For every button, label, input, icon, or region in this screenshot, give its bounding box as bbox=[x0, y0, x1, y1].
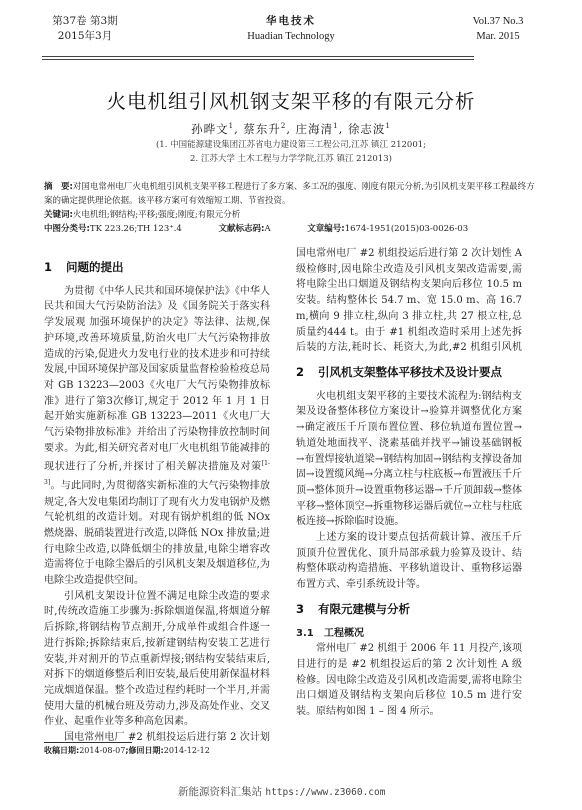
paragraph: 为贯彻《中华人民共和国环境保护法》《中华人民共和国大气污染防治法》及《国务院关于… bbox=[44, 284, 270, 589]
section-title: 有限元建模与分析 bbox=[318, 602, 410, 616]
paragraph-text: 。与此同时,为贯彻落实新标准的大气污染物排放规定,各大发电集团均制订了现有火力发… bbox=[44, 481, 270, 586]
section-3-heading: 3有限元建模与分析 bbox=[296, 602, 522, 618]
subsection-title: 工程概况 bbox=[324, 628, 364, 639]
right-column: 国电常州电厂 #2 机组投运后进行第 2 次计划性 A 级检修时,因电除尘改造及… bbox=[296, 246, 522, 720]
article-number-label: 文章编号: bbox=[307, 224, 344, 234]
paragraph: 火电机组支架平移的主要技术流程为:钢结构支架及设备整体移位方案设计→验算并调整优… bbox=[296, 389, 522, 530]
left-column: 1问题的提出 为贯彻《中华人民共和国环境保护法》《中华人民共和国大气污染防治法》… bbox=[44, 251, 270, 746]
revised-label: ;修回日期: bbox=[125, 746, 163, 755]
abstract-label: 摘 要: bbox=[44, 182, 73, 192]
doc-code-label: 文献标志码: bbox=[219, 224, 265, 234]
volume-issue-label: 第37卷 第3期 bbox=[50, 14, 120, 29]
article-title: 火电机组引风机钢支架平移的有限元分析 bbox=[0, 86, 582, 114]
section-number: 2 bbox=[296, 365, 318, 381]
affiliation-2: 2. 江苏大学 土木工程与力学学院,江苏 镇江 212013) bbox=[0, 152, 582, 166]
paragraph: 常州电厂 #2 机组于 2006 年 11 月投产,该项目进行的是 #2 机组投… bbox=[296, 641, 522, 720]
author-name: 蔡东升 bbox=[243, 122, 281, 136]
keywords-label: 关键词: bbox=[44, 210, 73, 220]
revised-date: 2014-12-12 bbox=[164, 746, 210, 755]
section-1-heading: 1问题的提出 bbox=[44, 260, 270, 276]
author-name: 徐志波 bbox=[348, 122, 386, 136]
journal-name: 华电技术 Huadian Technology bbox=[200, 14, 382, 44]
author-affiliation-marker: 1 bbox=[333, 122, 338, 130]
author-list: 孙晔文1, 蔡东升2, 庄海清1, 徐志波1 bbox=[0, 121, 582, 137]
abstract-block: 摘 要:对国电常州电厂火电机组引风机支架平移工程进行了多方案、多工况的强度、刚度… bbox=[44, 180, 542, 236]
article-number-value: 1674-1951(2015)03-0026-03 bbox=[345, 224, 468, 234]
issue-date-cn: 2015年3月 bbox=[50, 29, 120, 44]
paragraph-continued: 国电常州电厂 #2 机组投运后进行第 2 次计划性 A 级检修时,因电除尘改造及… bbox=[44, 730, 270, 746]
subsection-3-1-heading: 3.1工程概况 bbox=[296, 626, 522, 642]
author-name: 孙晔文 bbox=[191, 122, 229, 136]
journal-name-en: Huadian Technology bbox=[200, 29, 382, 44]
received-label: 收稿日期: bbox=[44, 746, 79, 755]
header-rule-bottom bbox=[42, 59, 474, 60]
affiliation-1: (1. 中国能源建设集团江苏省电力建设第三工程公司,江苏 镇江 212001; bbox=[0, 138, 582, 152]
keywords: 关键词:火电机组;钢结构;平移;强度;刚度;有限元分析 bbox=[44, 208, 542, 222]
watermark-url[interactable]: https://www.z3060.com bbox=[265, 787, 385, 798]
subsection-number: 3.1 bbox=[296, 626, 324, 642]
journal-header: 第37卷 第3期 2015年3月 华电技术 Huadian Technology… bbox=[0, 14, 582, 54]
section-number: 1 bbox=[44, 260, 66, 276]
author-affiliation-marker: 2 bbox=[281, 122, 286, 130]
watermark-text: 新能源资料汇集站 bbox=[178, 786, 262, 798]
clc-label: 中图分类号: bbox=[44, 224, 90, 234]
paragraph-text: 为贯彻《中华人民共和国环境保护法》《中华人民共和国大气污染防治法》及《国务院关于… bbox=[44, 286, 270, 473]
paragraph: 引风机支架设计位置不满足电除尘改造的要求时,传统改造施工步骤为:拆除烟道保温,将… bbox=[44, 589, 270, 730]
keywords-text: 火电机组;钢结构;平移;强度;刚度;有限元分析 bbox=[73, 210, 240, 220]
footnote-dates: 收稿日期:2014-08-07;修回日期:2014-12-12 bbox=[44, 745, 210, 756]
abstract: 摘 要:对国电常州电厂火电机组引风机支架平移工程进行了多方案、多工况的强度、刚度… bbox=[44, 180, 542, 208]
author-affiliation-marker: 1 bbox=[385, 122, 390, 130]
abstract-text: 对国电常州电厂火电机组引风机支架平移工程进行了多方案、多工况的强度、刚度有限元分… bbox=[44, 182, 535, 206]
paragraph: 上述方案的设计要点包括荷载计算、液压千斤顶顶升位置优化、顶升局部承载力验算及设计… bbox=[296, 530, 522, 593]
classification-row: 中图分类号:TK 223.26;TH 123⁺.4 文献标志码:A 文章编号:1… bbox=[44, 222, 542, 236]
issue-date-en: Mar. 2015 bbox=[462, 29, 534, 44]
author-name: 庄海清 bbox=[296, 122, 334, 136]
volume-issue-en: Vol.37 No.3 Mar. 2015 bbox=[462, 14, 534, 44]
affiliations: (1. 中国能源建设集团江苏省电力建设第三工程公司,江苏 镇江 212001; … bbox=[0, 138, 582, 166]
volume-issue-cn: 第37卷 第3期 2015年3月 bbox=[50, 14, 120, 44]
received-date: 2014-08-07 bbox=[79, 746, 125, 755]
section-title: 引风机支架整体平移技术及设计要点 bbox=[318, 365, 502, 379]
watermark: 新能源资料汇集站 https://www.z3060.com bbox=[178, 784, 385, 799]
volume-number-en: Vol.37 No.3 bbox=[462, 14, 534, 29]
section-number: 3 bbox=[296, 602, 318, 618]
author-affiliation-marker: 1 bbox=[229, 122, 234, 130]
paragraph-text: 国电常州电厂 #2 机组投运后进行第 2 次计划性 A 级检修时,因电除尘改造及… bbox=[296, 248, 522, 356]
journal-name-cn: 华电技术 bbox=[200, 14, 382, 29]
doc-code-value: A bbox=[264, 224, 270, 234]
header-rule-top bbox=[42, 56, 474, 57]
section-2-heading: 2引风机支架整体平移技术及设计要点 bbox=[296, 365, 522, 381]
paragraph-continuation: 国电常州电厂 #2 机组投运后进行第 2 次计划性 A 级检修时,因电除尘改造及… bbox=[296, 246, 522, 356]
section-title: 问题的提出 bbox=[66, 260, 124, 274]
clc-value: TK 223.26;TH 123⁺.4 bbox=[90, 224, 182, 234]
footnote-rule bbox=[44, 742, 132, 743]
